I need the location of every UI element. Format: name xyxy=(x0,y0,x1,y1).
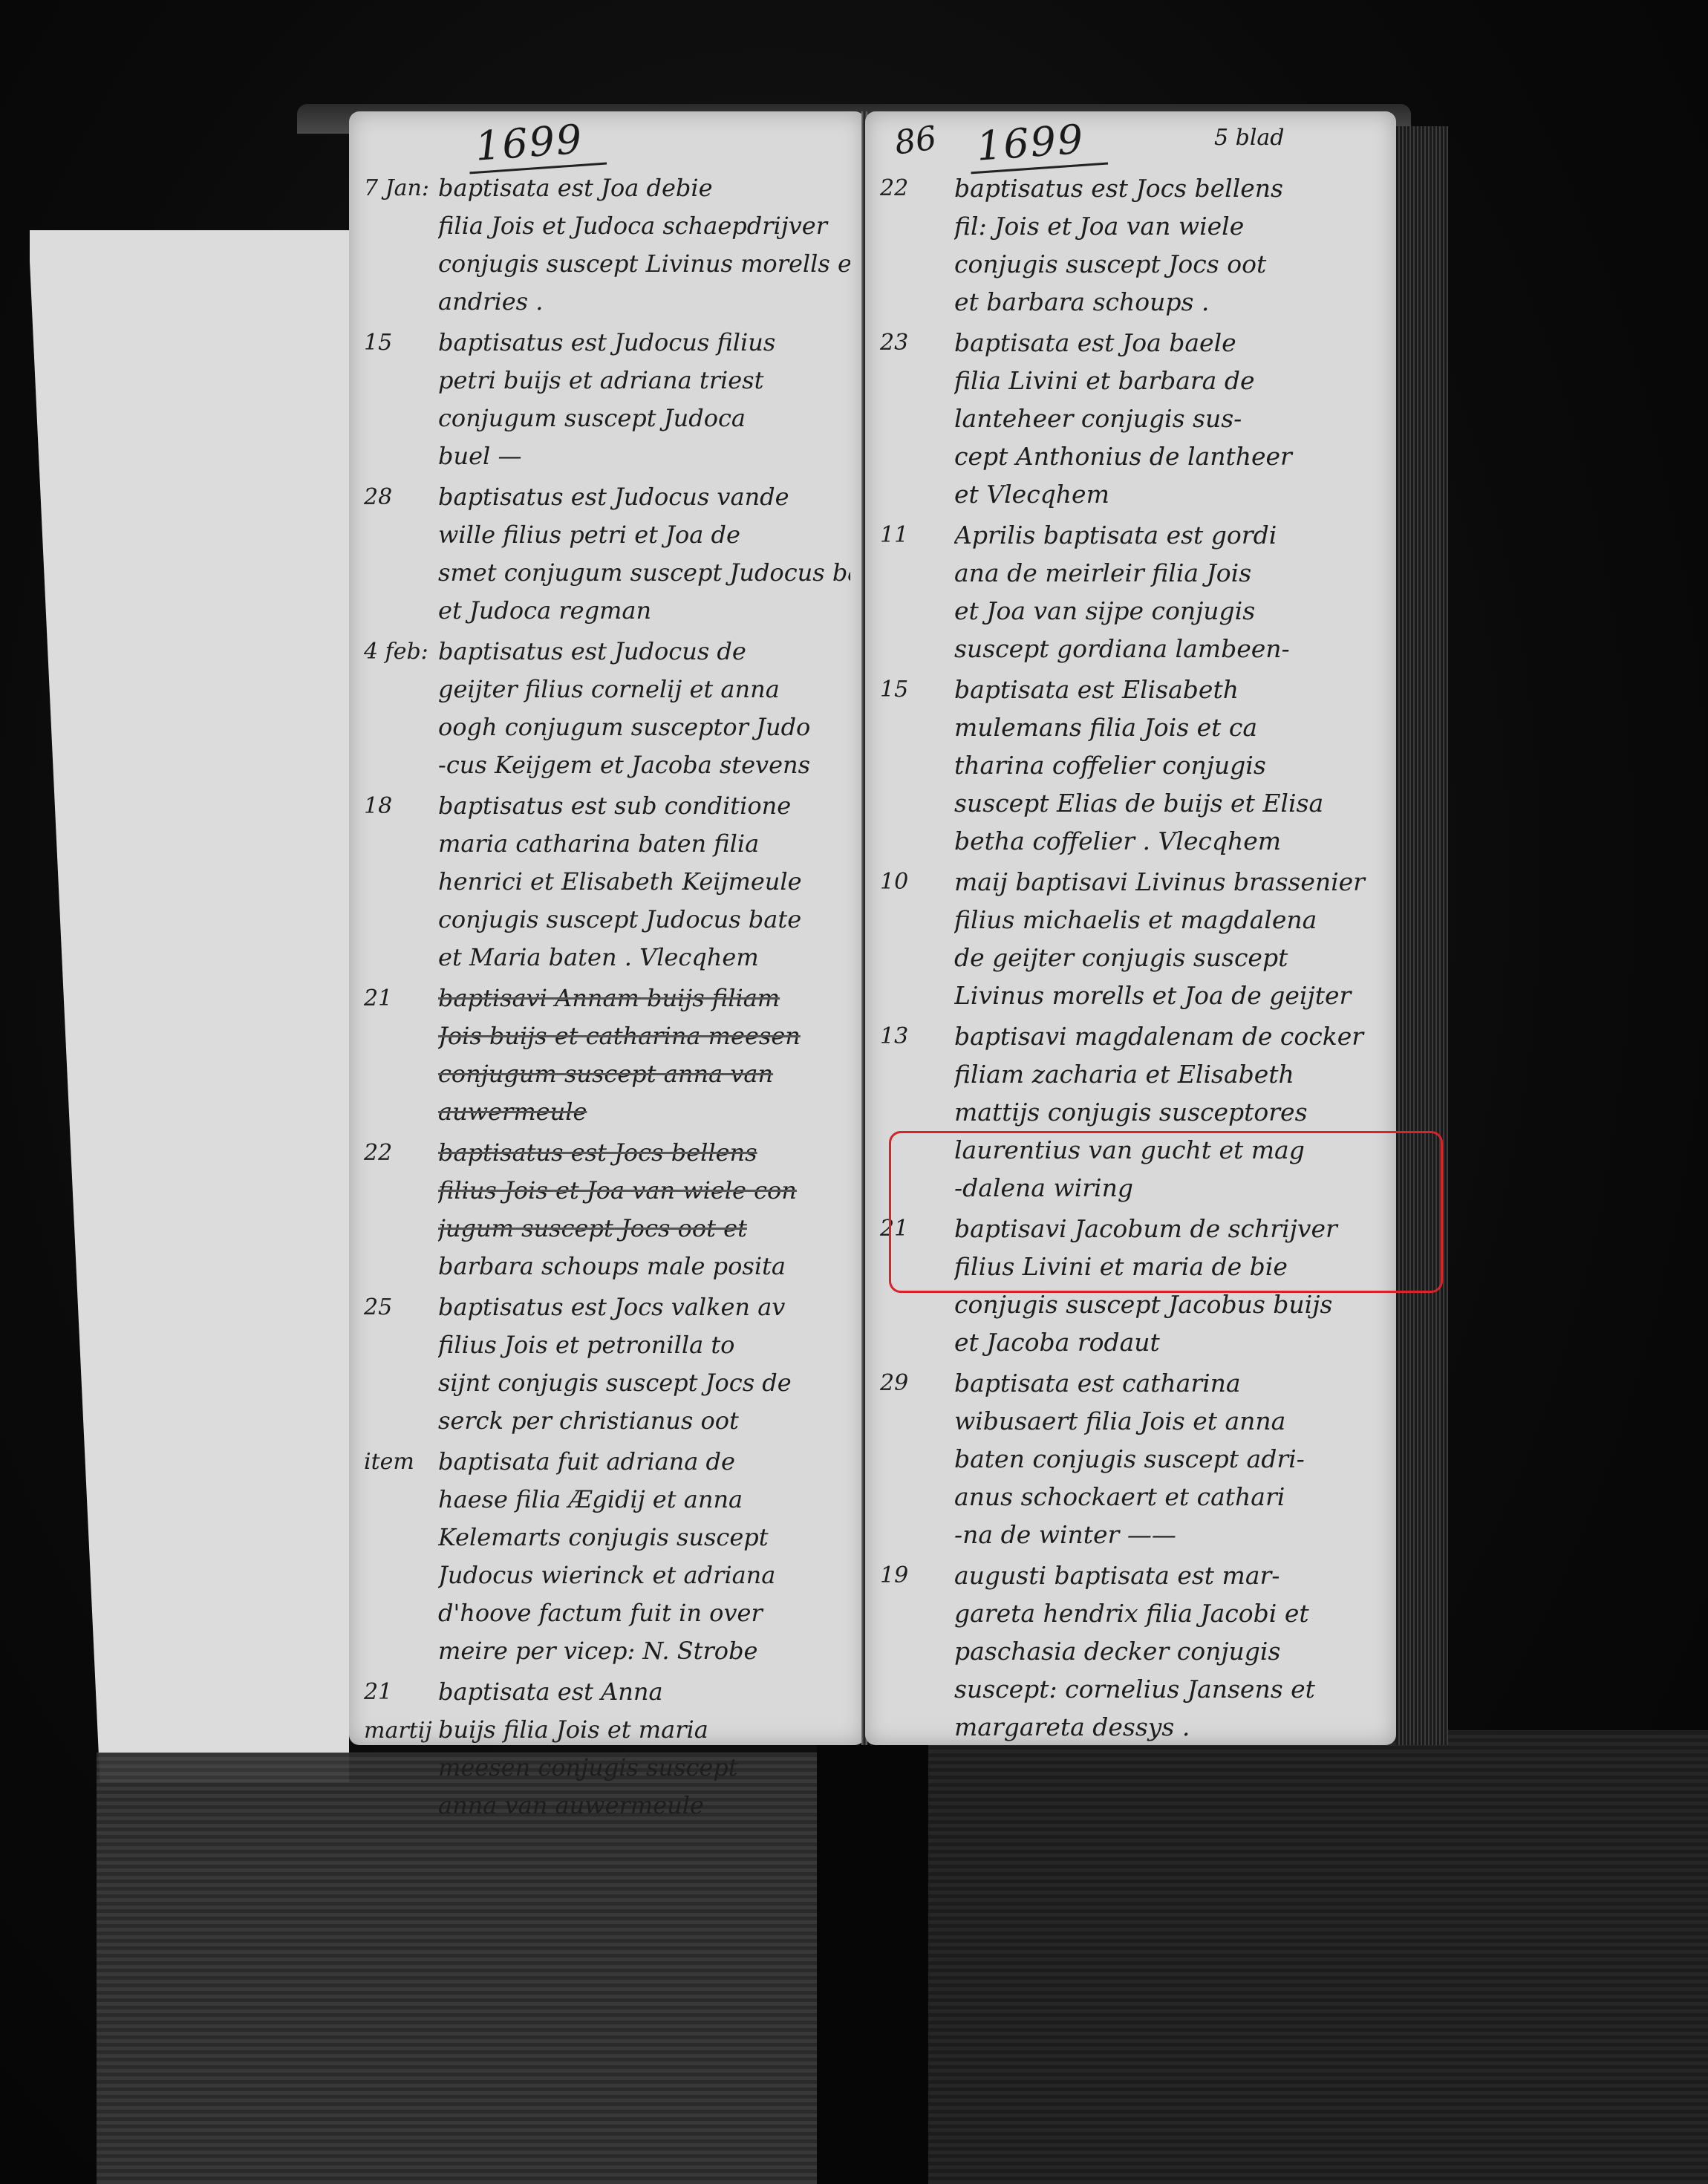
left-page-entries: 7 Jan: baptisata est Joa debie filia Joi… xyxy=(364,169,850,1828)
entry-line: et Joa van sijpe conjugis xyxy=(954,592,1381,630)
entry-line: filia Livini et barbara de xyxy=(954,362,1381,400)
baptism-entry: 18 baptisatus est sub conditione maria c… xyxy=(364,787,850,977)
entry-date: item xyxy=(364,1443,435,1481)
entry-line: buijs filia Jois et maria xyxy=(438,1711,850,1749)
entry-line: andries . xyxy=(438,283,850,321)
entry-date: 21 xyxy=(364,979,435,1018)
entry-line: mulemans filia Jois et ca xyxy=(954,708,1381,746)
entry-line: et barbara schoups . xyxy=(954,283,1381,321)
entry-line: Livinus morells et Joa de geijter xyxy=(954,977,1381,1014)
entry-line: baptisatus est Jocs bellens xyxy=(954,169,1381,207)
entry-line: baptisata est catharina xyxy=(954,1364,1381,1402)
entry-date: 25 xyxy=(364,1288,435,1327)
entry-line: petri buijs et adriana triest xyxy=(438,362,850,400)
entry-date: 4 feb: xyxy=(364,633,435,671)
entry-line: geijter filius cornelij et anna xyxy=(438,671,850,708)
left-page: 1699 7 Jan: baptisata est Joa debie fili… xyxy=(349,111,865,1745)
entry-line: filius Jois et Joa van wiele con xyxy=(438,1172,850,1210)
baptism-entry: 7 Jan: baptisata est Joa debie filia Joi… xyxy=(364,169,850,321)
entry-date: 23 xyxy=(880,324,951,362)
right-page-entries: 22 baptisatus est Jocs bellens fil: Jois… xyxy=(880,169,1381,1749)
entry-line: Judocus wierinck et adriana xyxy=(438,1556,850,1594)
entry-line: wille filius petri et Joa de xyxy=(438,516,850,554)
entry-line: anus schockaert et cathari xyxy=(954,1478,1381,1516)
entry-line: ana de meirleir filia Jois xyxy=(954,554,1381,592)
entry-line: d'hoove factum fuit in over xyxy=(438,1594,850,1632)
baptism-entry: 29 baptisata est catharina wibusaert fil… xyxy=(880,1364,1381,1554)
entry-line: meire per vicep: N. Strobe xyxy=(438,1632,850,1670)
right-page-header: 86 1699 5 blad xyxy=(865,119,1396,171)
entry-line: baptisata est Elisabeth xyxy=(954,671,1381,708)
left-page-year: 1699 xyxy=(466,114,607,175)
entry-line: auwermeule xyxy=(438,1093,850,1131)
highlight-annotation-box[interactable] xyxy=(889,1131,1443,1293)
entry-date: 10 xyxy=(880,863,951,902)
entry-date: 19 xyxy=(880,1556,951,1595)
entry-line: Kelemarts conjugis suscept xyxy=(438,1519,850,1556)
entry-date: 21 martij xyxy=(364,1673,435,1750)
entry-line: de geijter conjugis suscept xyxy=(954,939,1381,977)
entry-line: conjugis suscept Livinus morells et Joa xyxy=(438,245,850,283)
entry-line: maij baptisavi Livinus brassenier xyxy=(954,863,1381,901)
entry-line: betha coffelier . Vlecqhem xyxy=(954,822,1381,860)
baptism-entry: 21 martij baptisata est Anna buijs filia… xyxy=(364,1673,850,1825)
entry-date: 7 Jan: xyxy=(364,169,435,208)
baptism-entry-crossed-out: 21 baptisavi Annam buijs filiam Jois bui… xyxy=(364,979,850,1131)
left-page-header: 1699 xyxy=(349,119,865,171)
entry-line: filiam zacharia et Elisabeth xyxy=(954,1055,1381,1093)
entry-line: suscept Elias de buijs et Elisa xyxy=(954,784,1381,822)
baptism-entry: 28 baptisatus est Judocus vande wille fi… xyxy=(364,478,850,630)
entry-line: baptisatus est Jocs valken av xyxy=(438,1288,850,1326)
page-fore-edge xyxy=(1396,126,1448,1745)
entry-line: gareta hendrix filia Jacobi et xyxy=(954,1594,1381,1632)
entry-line: baptisatus est Jocs bellens xyxy=(438,1134,850,1172)
entry-line: haese filia Ægidij et anna xyxy=(438,1481,850,1519)
baptism-entry: 11 Aprilis baptisata est gordi ana de me… xyxy=(880,516,1381,668)
entry-date: 18 xyxy=(364,787,435,826)
entry-line: baptisavi magdalenam de cocker xyxy=(954,1017,1381,1055)
baptism-entry: item baptisata fuit adriana de haese fil… xyxy=(364,1443,850,1670)
entry-line: et Maria baten . Vlecqhem xyxy=(438,939,850,977)
entry-line: buel — xyxy=(438,437,850,475)
entry-line: filius Jois et petronilla to xyxy=(438,1326,850,1364)
right-page-year: 1699 xyxy=(968,114,1109,175)
entry-line: baptisata est Joa baele xyxy=(954,324,1381,362)
baptism-entry: 10 maij baptisavi Livinus brassenier fil… xyxy=(880,863,1381,1014)
entry-line: baptisatus est Judocus vande xyxy=(438,478,850,516)
entry-line: et Judoca regman xyxy=(438,592,850,630)
baptism-entry: 4 feb: baptisatus est Judocus de geijter… xyxy=(364,633,850,784)
entry-line: suscept gordiana lambeen- xyxy=(954,630,1381,668)
entry-line: jugum suscept Jocs oot et xyxy=(438,1210,850,1248)
entry-line: margareta dessys . xyxy=(954,1708,1381,1746)
entry-line: fil: Jois et Joa van wiele xyxy=(954,207,1381,245)
entry-line: baptisata fuit adriana de xyxy=(438,1443,850,1481)
entry-line: baten conjugis suscept adri- xyxy=(954,1440,1381,1478)
baptism-entry: 15 baptisatus est Judocus filius petri b… xyxy=(364,324,850,475)
entry-line: oogh conjugum susceptor Judo xyxy=(438,708,850,746)
entry-line: filia Jois et Judoca schaepdrijver xyxy=(438,207,850,245)
entry-line: Aprilis baptisata est gordi xyxy=(954,516,1381,554)
entry-line: suscept: cornelius Jansens et xyxy=(954,1670,1381,1708)
entry-line: et Vlecqhem xyxy=(954,475,1381,513)
entry-line: sijnt conjugis suscept Jocs de xyxy=(438,1364,850,1402)
baptism-entry: 19 augusti baptisata est mar- gareta hen… xyxy=(880,1556,1381,1746)
entry-date: 11 xyxy=(880,516,951,555)
cloth-surface-right xyxy=(928,1730,1708,2184)
entry-line: wibusaert filia Jois et anna xyxy=(954,1402,1381,1440)
entry-line: conjugis suscept Jocs oot xyxy=(954,245,1381,283)
entry-line: barbara schoups male posita xyxy=(438,1248,850,1285)
entry-line: filius michaelis et magdalena xyxy=(954,901,1381,939)
entry-line: smet conjugum suscept Judocus baten xyxy=(438,554,850,592)
baptism-entry: 23 baptisata est Joa baele filia Livini … xyxy=(880,324,1381,513)
entry-date: 28 xyxy=(364,478,435,517)
entry-date: 29 xyxy=(880,1364,951,1403)
entry-line: conjugum suscept Judoca xyxy=(438,400,850,437)
folio-number: 86 xyxy=(893,119,939,162)
entry-line: Jois buijs et catharina meesen xyxy=(438,1017,850,1055)
page-annotation: 5 blad xyxy=(1214,125,1285,151)
baptism-entry-crossed-out: 22 baptisatus est Jocs bellens filius Jo… xyxy=(364,1134,850,1285)
entry-line: -cus Keijgem et Jacoba stevens xyxy=(438,746,850,784)
right-page: 86 1699 5 blad 22 baptisatus est Jocs be… xyxy=(865,111,1396,1745)
entry-line: serck per christianus oot xyxy=(438,1402,850,1440)
entry-line: et Jacoba rodaut xyxy=(954,1323,1381,1361)
entry-date: 22 xyxy=(364,1134,435,1173)
entry-date: 13 xyxy=(880,1017,951,1056)
entry-line: henrici et Elisabeth Keijmeule xyxy=(438,863,850,901)
entry-line: baptisata est Anna xyxy=(438,1673,850,1711)
entry-line: augusti baptisata est mar- xyxy=(954,1556,1381,1594)
entry-line: baptisatus est Judocus de xyxy=(438,633,850,671)
entry-line: anna van auwermeule xyxy=(438,1787,850,1825)
entry-date: 15 xyxy=(880,671,951,709)
baptism-entry: 22 baptisatus est Jocs bellens fil: Jois… xyxy=(880,169,1381,321)
baptism-entry: 25 baptisatus est Jocs valken av filius … xyxy=(364,1288,850,1440)
entry-line: mattijs conjugis susceptores xyxy=(954,1093,1381,1131)
entry-line: lanteheer conjugis sus- xyxy=(954,400,1381,437)
entry-date: 15 xyxy=(364,324,435,362)
entry-line: conjugis suscept Judocus bate xyxy=(438,901,850,939)
entry-date: 22 xyxy=(880,169,951,208)
entry-line: -na de winter —— xyxy=(954,1516,1381,1554)
entry-line: baptisavi Annam buijs filiam xyxy=(438,979,850,1017)
entry-line: meesen conjugis suscept xyxy=(438,1749,850,1787)
entry-line: cept Anthonius de lantheer xyxy=(954,437,1381,475)
entry-line: tharina coffelier conjugis xyxy=(954,746,1381,784)
entry-line: conjugum suscept anna van xyxy=(438,1055,850,1093)
entry-line: paschasia decker conjugis xyxy=(954,1632,1381,1670)
entry-line: baptisata est Joa debie xyxy=(438,169,850,207)
entry-line: baptisatus est Judocus filius xyxy=(438,324,850,362)
entry-line: baptisatus est sub conditione xyxy=(438,787,850,825)
entry-line: maria catharina baten filia xyxy=(438,825,850,863)
baptism-entry: 15 baptisata est Elisabeth mulemans fili… xyxy=(880,671,1381,860)
